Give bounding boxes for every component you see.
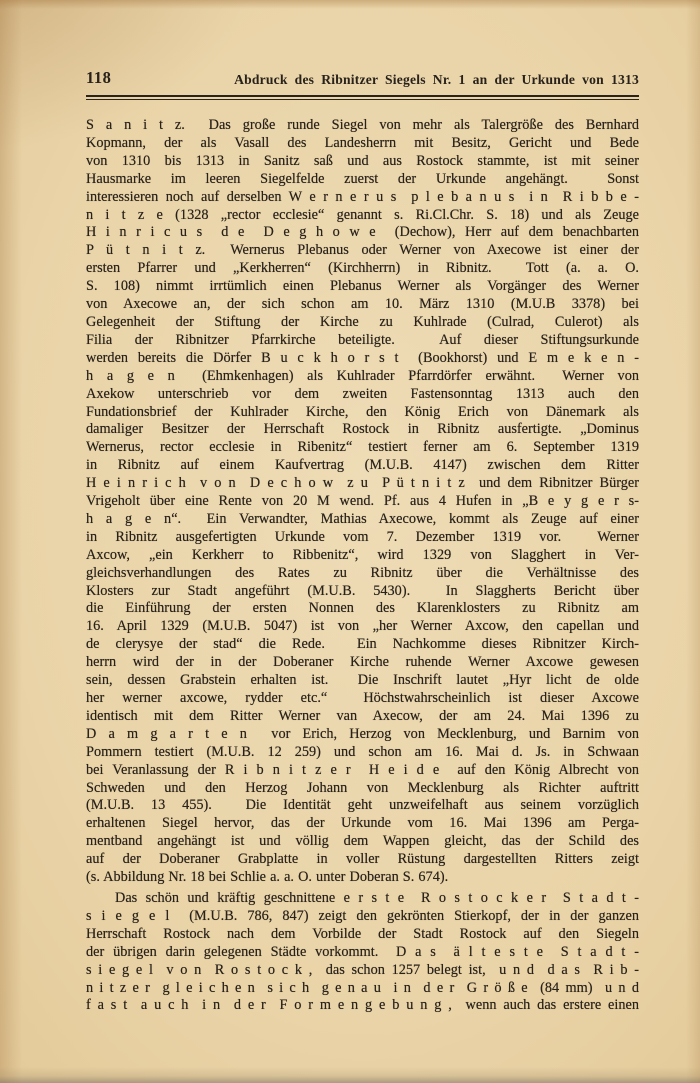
page-header: 118 Abdruck des Ribnitzer Siegels Nr. 1 … — [86, 68, 639, 88]
text-line: Pommern testiert (M.U.B. 12 259) und sch… — [86, 744, 639, 762]
text-line: Axekow unterschrieb vor dem zweiten Fast… — [86, 386, 639, 404]
text-line: (M.U.B. 13 455). Die Identität geht unzw… — [86, 797, 639, 815]
text-line: ersten Pfarrer und „Kerkherren“ (Kirchhe… — [86, 260, 639, 278]
paragraph: Das schön und kräftig geschnittene e r s… — [86, 890, 639, 1015]
text-line: werden bereits die Dörfer B u c k h o r … — [86, 350, 639, 368]
text-line: h a g e n (Ehmkenhagen) als Kuhlrader Pf… — [86, 368, 639, 386]
text-line: P ü t n i t z. Wernerus Plebanus oder We… — [86, 242, 639, 260]
text-line: in Ribnitz ausgefertigten Urkunde vom 7.… — [86, 529, 639, 547]
text-line: bei Veranlassung der R i b n i t z e r H… — [86, 762, 639, 780]
text-line: die Einführung der ersten Nonnen des Kla… — [86, 600, 639, 618]
text-line: auf der Doberaner Grabplatte in voller R… — [86, 851, 639, 869]
text-line: H e i n r i c h v o n D e c h o w z u P … — [86, 475, 639, 493]
text-line: in Ribnitz auf einem Kaufvertrag (M.U.B.… — [86, 457, 639, 475]
text-line: von Axecowe an, der sich schon am 10. Mä… — [86, 296, 639, 314]
text-line: (s. Abbildung Nr. 18 bei Schlie a. a. O.… — [86, 869, 639, 887]
text-line: s i e g e l v o n R o s t o c k , das sc… — [86, 962, 639, 980]
text-line: sein, dessen Grabstein erhalten ist. Die… — [86, 672, 639, 690]
scanned-book-page: 118 Abdruck des Ribnitzer Siegels Nr. 1 … — [0, 0, 700, 1083]
text-line: Vrigeholt über eine Rente von 20 M wend.… — [86, 493, 639, 511]
text-line: 16. April 1329 (M.U.B. 5047) ist von „he… — [86, 618, 639, 636]
text-line: D a m g a r t e n vor Erich, Herzog von … — [86, 726, 639, 744]
paragraph: S a n i t z. Das große runde Siegel von … — [86, 117, 639, 887]
text-line: de clerysye der stad“ die Rede. Ein Nach… — [86, 636, 639, 654]
page-body: S a n i t z. Das große runde Siegel von … — [86, 117, 639, 1015]
running-header: Abdruck des Ribnitzer Siegels Nr. 1 an d… — [234, 72, 639, 88]
text-line: Gelegenheit der Stiftung der Kirche zu K… — [86, 314, 639, 332]
text-line: n i t z e r g l e i c h e n s i c h g e … — [86, 980, 639, 998]
text-line: erhaltenen Siegel hervor, das der Urkund… — [86, 815, 639, 833]
text-line: von 1310 bis 1313 in Sanitz saß und aus … — [86, 153, 639, 171]
text-line: s i e g e l (M.U.B. 786, 847) zeigt den … — [86, 908, 639, 926]
text-line: Filia der Ribnitzer Pfarrkirche beteilig… — [86, 332, 639, 350]
text-line: Das schön und kräftig geschnittene e r s… — [86, 890, 639, 908]
text-line: herrn wird der in der Doberaner Kirche r… — [86, 654, 639, 672]
text-line: S a n i t z. Das große runde Siegel von … — [86, 117, 639, 135]
text-line: mentband angehängt ist und völlig dem Wa… — [86, 833, 639, 851]
text-line: gleichsverhandlungen des Rates zu Ribnit… — [86, 565, 639, 583]
text-line: her werner axcowe, rydder etc.“ Höchstwa… — [86, 690, 639, 708]
text-line: Schweden und den Herzog Johann von Meckl… — [86, 780, 639, 798]
page-number: 118 — [86, 68, 111, 88]
text-line: identisch mit dem Ritter Werner van Axec… — [86, 708, 639, 726]
text-line: S. 108) nimmt irrtümlich einen Plebanus … — [86, 278, 639, 296]
header-double-rule — [86, 95, 639, 100]
text-line: Klosters zur Stadt angeführt (M.U.B. 543… — [86, 583, 639, 601]
text-line: Herrschaft Rostock nach dem Vorbilde der… — [86, 926, 639, 944]
text-line: H i n r i c u s d e D e g h o w e (Decho… — [86, 224, 639, 242]
text-line: n i t z e (1328 „rector ecclesie“ genann… — [86, 207, 639, 225]
text-line: f a s t a u c h i n d e r F o r m e n g … — [86, 997, 639, 1015]
text-line: Kopmann, der als Vasall des Landesherrn … — [86, 135, 639, 153]
text-line: Axcow, „ein Kerkherr to Ribbenitz“, wird… — [86, 547, 639, 565]
text-line: damaliger Besitzer der Herrschaft Rostoc… — [86, 421, 639, 439]
text-line: Wernerus, rector ecclesie in Ribenitz“ t… — [86, 439, 639, 457]
text-line: h a g e n“. Ein Verwandter, Mathias Axec… — [86, 511, 639, 529]
text-line: interessieren noch auf derselben W e r n… — [86, 189, 639, 207]
text-line: der übrigen darin gelegenen Städte vorko… — [86, 944, 639, 962]
text-line: Fundationsbrief der Kuhlrader Kirche, de… — [86, 404, 639, 422]
text-line: Hausmarke im leeren Siegelfelde zuerst d… — [86, 171, 639, 189]
